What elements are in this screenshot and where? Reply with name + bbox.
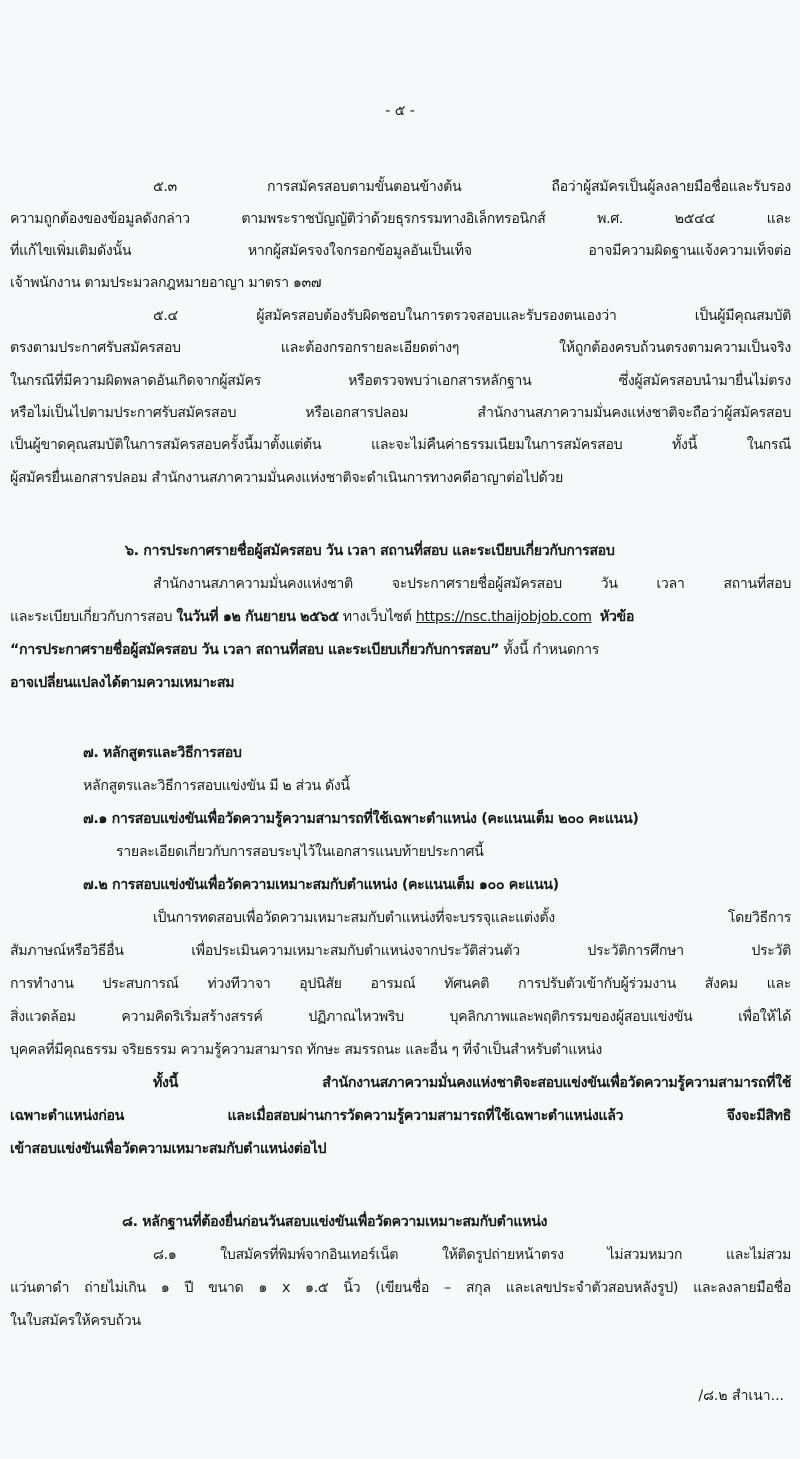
section-7-intro: หลักสูตรและวิธีการสอบแข่งขัน มี ๒ ส่วน ด… bbox=[83, 775, 800, 797]
section-8-1-line-2: แว่นตาดำ ถ่ายไม่เกิน ๑ ปี ขนาด ๑ x ๑.๕ น… bbox=[10, 1277, 791, 1299]
page-number: - ๕ - bbox=[0, 100, 800, 122]
section-7-2-line-3: การทำงาน ประสบการณ์ ท่วงทีวาจา อุปนิสัย … bbox=[10, 973, 791, 995]
section-7-heading: ๗. หลักสูตรและวิธีการสอบ bbox=[83, 742, 800, 764]
section-7-2-line-4: สิ่งแวดล้อม ความคิดริเริ่มสร้างสรรค์ ปฏิ… bbox=[10, 1006, 791, 1028]
section-7-note-line-2: เฉพาะตำแหน่งก่อน และเมื่อสอบผ่านการวัดคว… bbox=[10, 1105, 791, 1127]
section-8-1-line-1: ๘.๑ ใบสมัครที่พิมพ์จากอินเทอร์เน็ต ให้ติ… bbox=[153, 1244, 791, 1266]
section-8-heading: ๘. หลักฐานที่ต้องยื่นก่อนวันสอบแข่งขันเพ… bbox=[122, 1211, 800, 1233]
website-link[interactable]: https://nsc.thaijobjob.com bbox=[416, 609, 592, 625]
topic-label: หัวข้อ bbox=[600, 609, 634, 625]
para-5-3-line-1: ๕.๓ การสมัครสอบตามขั้นตอนข้างต้น ถือว่าผ… bbox=[153, 176, 791, 198]
para-5-3-line-3: ที่แก้ไขเพิ่มเติมดังนั้น หากผู้สมัครจงใจ… bbox=[10, 240, 791, 262]
para-5-4-line-4: หรือไม่เป็นไปตามประกาศรับสมัครสอบ หรือเอ… bbox=[10, 402, 791, 424]
section-7-1-detail: รายละเอียดเกี่ยวกับการสอบระบุไว้ในเอกสาร… bbox=[116, 841, 800, 863]
section-7-note-line-3: เข้าสอบแข่งขันเพื่อวัดความเหมาะสมกับตำแห… bbox=[10, 1138, 800, 1160]
para-5-4-line-2: ตรงตามประกาศรับสมัครสอบ และต้องกรอกรายละ… bbox=[10, 337, 791, 359]
para-5-4-line-5: เป็นผู้ขาดคุณสมบัติในการสมัครสอบครั้งนี้… bbox=[10, 434, 791, 456]
para-5-4-line-1: ๕.๔ ผู้สมัครสอบต้องรับผิดชอบในการตรวจสอบ… bbox=[153, 305, 791, 327]
document-page: - ๕ - ๕.๓ การสมัครสอบตามขั้นตอนข้างต้น ถ… bbox=[0, 0, 800, 1459]
section-6-line-2: และระเบียบเกี่ยวกับการสอบ ในวันที่ ๑๒ กั… bbox=[10, 606, 791, 628]
para-5-3-line-2: ความถูกต้องของข้อมูลดังกล่าว ตามพระราชบั… bbox=[10, 208, 791, 230]
announce-date: ในวันที่ ๑๒ กันยายน ๒๕๖๕ bbox=[176, 609, 338, 625]
section-7-2-heading: ๗.๒ การสอบแข่งขันเพื่อวัดความเหมาะสมกับต… bbox=[83, 874, 800, 896]
continuation-marker: /๘.๒ สำเนา... bbox=[698, 1385, 784, 1407]
section-7-2-line-1: เป็นการทดสอบเพื่อวัดความเหมาะสมกับตำแหน่… bbox=[153, 907, 791, 929]
para-5-4-line-3: ในกรณีที่มีความผิดพลาดอันเกิดจากผู้สมัคร… bbox=[10, 370, 791, 392]
section-8-1-line-3: ในใบสมัครให้ครบถ้วน bbox=[10, 1310, 800, 1332]
text: ทางเว็บไซต์ bbox=[339, 609, 416, 625]
section-6-line-3: “การประกาศรายชื่อผู้สมัครสอบ วัน เวลา สถ… bbox=[10, 639, 800, 661]
section-6-heading: ๖. การประกาศรายชื่อผู้สมัครสอบ วัน เวลา … bbox=[125, 540, 800, 562]
para-5-4-line-6: ผู้สมัครยื่นเอกสารปลอม สำนักงานสภาความมั… bbox=[10, 467, 800, 489]
section-6-line-4: อาจเปลี่ยนแปลงได้ตามความเหมาะสม bbox=[10, 672, 800, 694]
section-7-1-heading: ๗.๑ การสอบแข่งขันเพื่อวัดความรู้ความสามา… bbox=[83, 808, 800, 830]
section-7-2-line-2: สัมภาษณ์หรือวิธีอื่น เพื่อประเมินความเหม… bbox=[10, 940, 791, 962]
section-6-line-1: สำนักงานสภาความมั่นคงแห่งชาติ จะประกาศรา… bbox=[153, 573, 791, 595]
section-7-note-line-1: ทั้งนี้ สำนักงานสภาความมั่นคงแห่งชาติจะส… bbox=[153, 1072, 791, 1094]
text: ทั้งนี้ กำหนดการ bbox=[499, 642, 599, 658]
topic-title: “การประกาศรายชื่อผู้สมัครสอบ วัน เวลา สถ… bbox=[10, 642, 499, 658]
para-5-3-line-4: เจ้าพนักงาน ตามประมวลกฎหมายอาญา มาตรา ๑๓… bbox=[10, 272, 800, 294]
section-7-2-line-5: บุคคลที่มีคุณธรรม จริยธรรม ความรู้ความสา… bbox=[10, 1039, 800, 1061]
text: และระเบียบเกี่ยวกับการสอบ bbox=[10, 609, 176, 625]
